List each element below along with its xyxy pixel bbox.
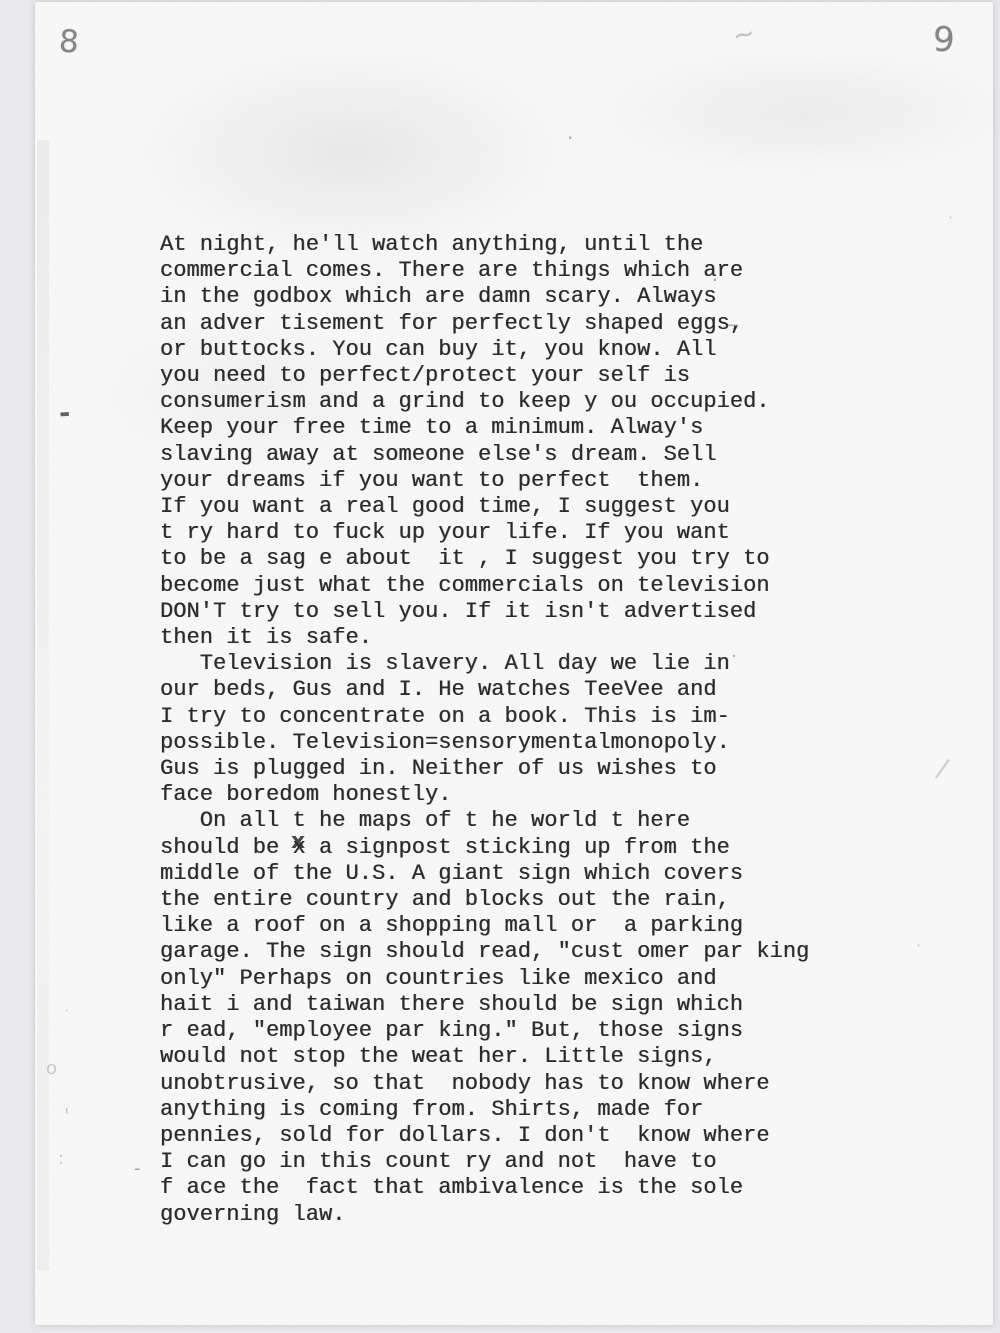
paper-page: 8 9 At night, he'll watch anything, unti… — [35, 2, 993, 1325]
handwritten-page-number-right: 9 — [932, 20, 955, 61]
scan-smudge-cloud — [595, 47, 1000, 177]
handwritten-page-number-left: 8 — [58, 23, 80, 60]
typewritten-body-text: At night, he'll watch anything, until th… — [160, 232, 809, 1228]
scan-background: 8 9 At night, he'll watch anything, unti… — [0, 0, 1000, 1333]
scan-smudge-cloud — [135, 47, 565, 257]
